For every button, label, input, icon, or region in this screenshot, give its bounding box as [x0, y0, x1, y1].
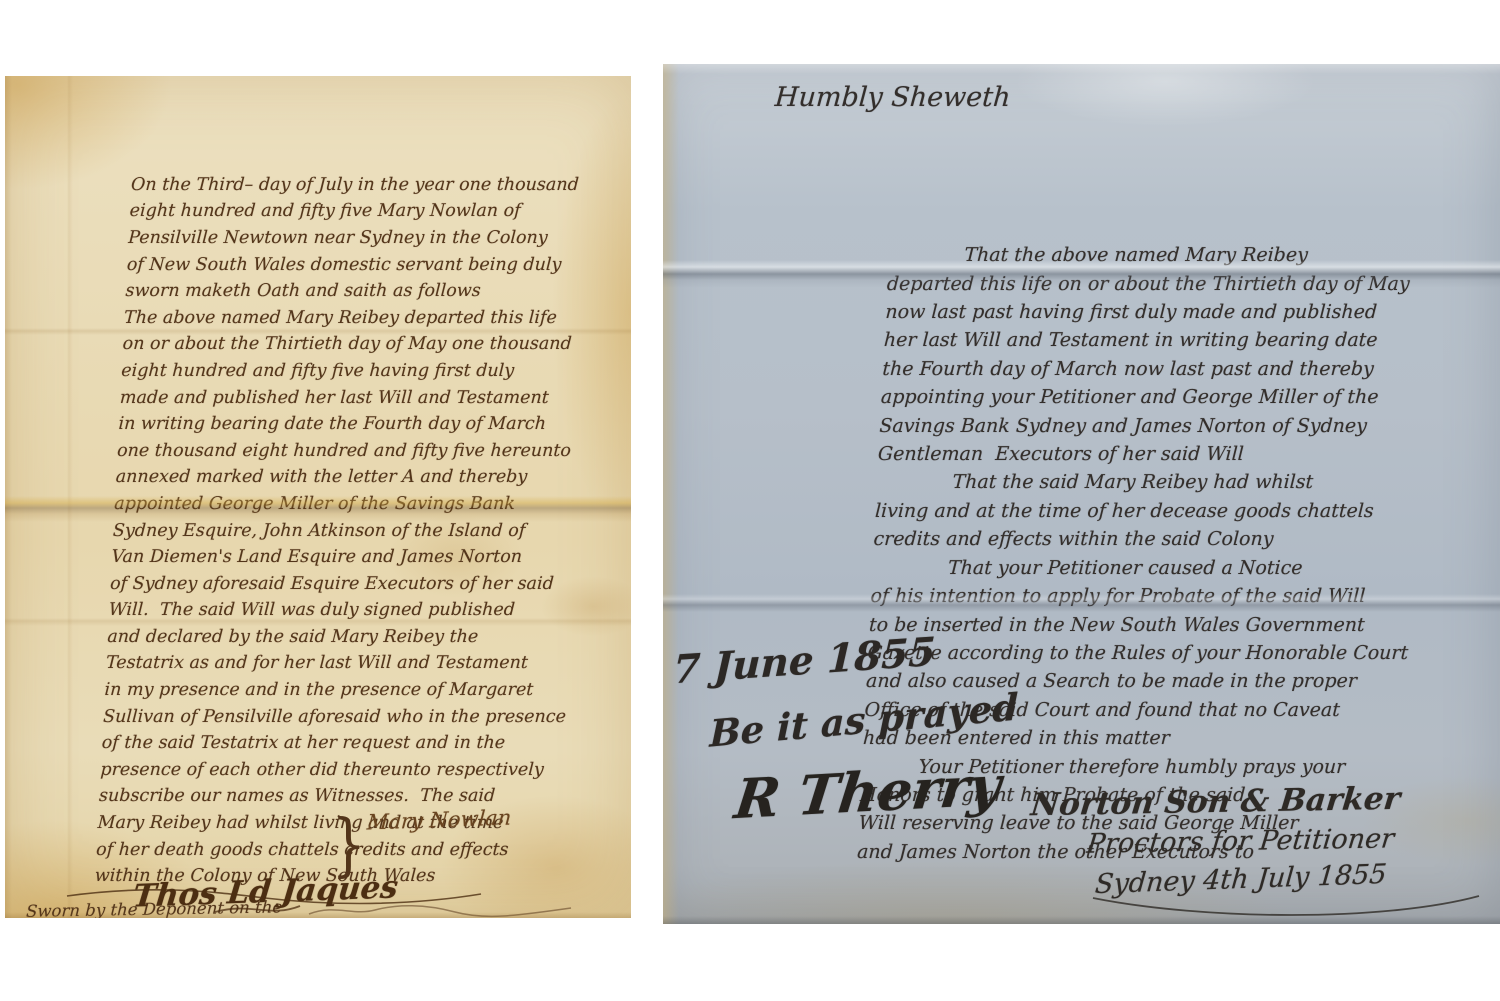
manuscript-line: Savings Bank Sydney and James Norton of …: [879, 412, 1500, 440]
manuscript-line: to be inserted in the New South Wales Go…: [868, 611, 1491, 639]
petition-page: Humbly Sheweth That the above named Mary…: [663, 64, 1500, 924]
manuscript-line: sworn maketh Oath and saith as follows: [125, 278, 631, 305]
manuscript-line: living and at the time of her decease go…: [874, 497, 1497, 525]
manuscript-line: That the said Mary Reibey had whilst: [876, 468, 1499, 496]
petition-heading: Humbly Sheweth: [774, 82, 1012, 113]
manuscript-line: one thousand eight hundred and fifty fiv…: [116, 438, 629, 465]
manuscript-line: annexed marked with the letter A and the…: [115, 464, 628, 491]
deponent-signature: Mary Nowlan: [366, 805, 512, 834]
manuscript-line: and declared by the said Mary Reibey the: [107, 624, 620, 651]
manuscript-line: Gazette according to the Rules of your H…: [867, 639, 1490, 667]
manuscript-line: in writing bearing date the Fourth day o…: [118, 411, 631, 438]
manuscript-line: On the Third– day of July in the year on…: [130, 172, 631, 199]
manuscript-line: The above named Mary Reibey departed thi…: [123, 305, 631, 332]
manuscript-line: eight hundred and fifty five Mary Nowlan…: [129, 198, 631, 225]
manuscript-line: departed this life on or about the Thirt…: [886, 270, 1500, 298]
manuscript-line: That your Petitioner caused a Notice: [871, 554, 1494, 582]
manuscript-line: appointing your Petitioner and George Mi…: [880, 383, 1500, 411]
manuscript-line: Will. The said Will was duly signed publ…: [108, 597, 621, 624]
manuscript-line: of Sydney aforesaid Esquire Executors of…: [109, 571, 622, 598]
manuscript-line: Pensilville Newtown near Sydney in the C…: [128, 225, 631, 252]
manuscript-line: presence of each other did thereunto res…: [100, 757, 613, 784]
scan-canvas: { "colors": { "background": "#ffffff", "…: [0, 0, 1500, 1001]
manuscript-line: Sullivan of Pensilville aforesaid who in…: [102, 704, 615, 731]
manuscript-line: of New South Wales domestic servant bein…: [126, 252, 631, 279]
manuscript-line: now last past having first duly made and…: [885, 298, 1500, 326]
proctor-firm-signature: Norton Son & Barker: [1029, 781, 1402, 824]
manuscript-line: Gentleman Executors of her said Will: [877, 440, 1500, 468]
manuscript-line: credits and effects within the said Colo…: [873, 525, 1496, 553]
manuscript-line: appointed George Miller of the Savings B…: [114, 491, 627, 518]
manuscript-line: Sydney Esquire, John Atkinson of the Isl…: [112, 518, 625, 545]
manuscript-line: the Fourth day of March now last past an…: [882, 355, 1500, 383]
manuscript-line: eight hundred and fifty five having firs…: [121, 358, 631, 385]
manuscript-line: made and published her last Will and Tes…: [119, 385, 631, 412]
manuscript-line: in my presence and in the presence of Ma…: [104, 677, 617, 704]
manuscript-line: of the said Testatrix at her request and…: [101, 730, 614, 757]
manuscript-line: Van Diemen's Land Esquire and James Nort…: [111, 544, 624, 571]
affidavit-page: On the Third– day of July in the year on…: [5, 76, 631, 918]
manuscript-line: on or about the Thirtieth day of May one…: [122, 331, 631, 358]
manuscript-line: Testatrix as and for her last Will and T…: [105, 650, 618, 677]
manuscript-line: That the above named Mary Reibey: [888, 241, 1500, 269]
manuscript-line: her last Will and Testament in writing b…: [883, 326, 1500, 354]
manuscript-line: of his intention to apply for Probate of…: [870, 582, 1493, 610]
affidavit-body-text: On the Third– day of July in the year on…: [94, 92, 631, 890]
proctor-role-line: Proctors for Petitioner: [1085, 823, 1395, 859]
